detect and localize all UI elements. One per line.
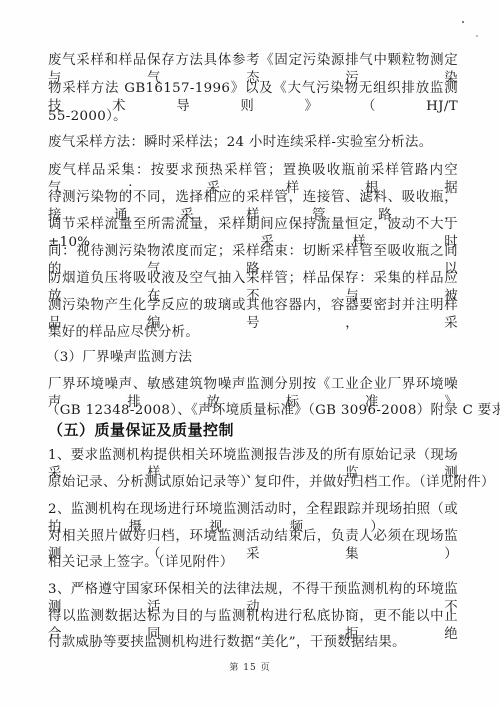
paragraph-line: 集好的样品应尽快分析。 — [48, 324, 458, 342]
paragraph-line: 55-2000）。 — [48, 108, 458, 126]
scan-speck — [476, 35, 478, 37]
paragraph-line: （GB 12348-2008）、《声环境质量标准》（GB 3096-2008）附… — [46, 402, 456, 420]
page-number: 第 15 页 — [0, 660, 500, 673]
subsection-title: （3）厂界噪声监测方法 — [46, 349, 456, 367]
document-page: 废气采样和样品保存方法具体参考《固定污染源排气中颗粒物测定与气态污染 物采样方法… — [0, 0, 500, 707]
paragraph-line: 废气采样方法：瞬时采样法；24 小时连续采样-实验室分析法。 — [48, 134, 458, 152]
qa-item-line: 相关记录上签字。（详见附件） — [48, 554, 458, 572]
section-heading: （五）质量保证及质量控制 — [48, 420, 234, 440]
qa-item-line: 付款威胁等要挟监测机构进行数据“美化”，干预数据结果。 — [48, 634, 458, 652]
qa-item-line: 原始记录、分析测试原始记录等）复印件，并做好归档工作。（详见附件） — [48, 474, 458, 492]
scan-speck — [462, 21, 464, 23]
